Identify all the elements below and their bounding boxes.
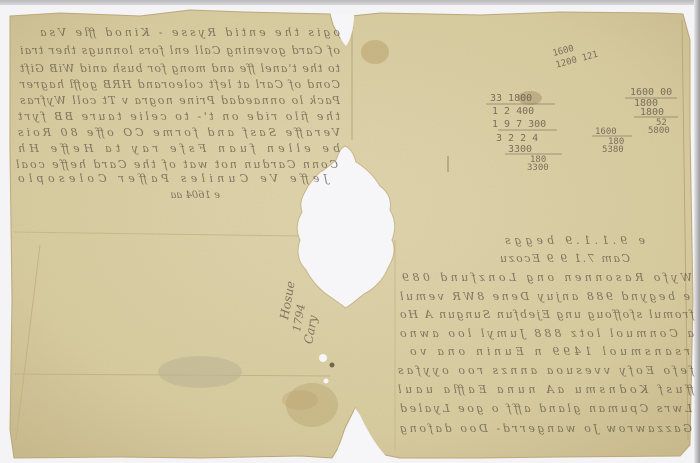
fold-annotation: Hosue 1794 Cary [0, 0, 700, 463]
